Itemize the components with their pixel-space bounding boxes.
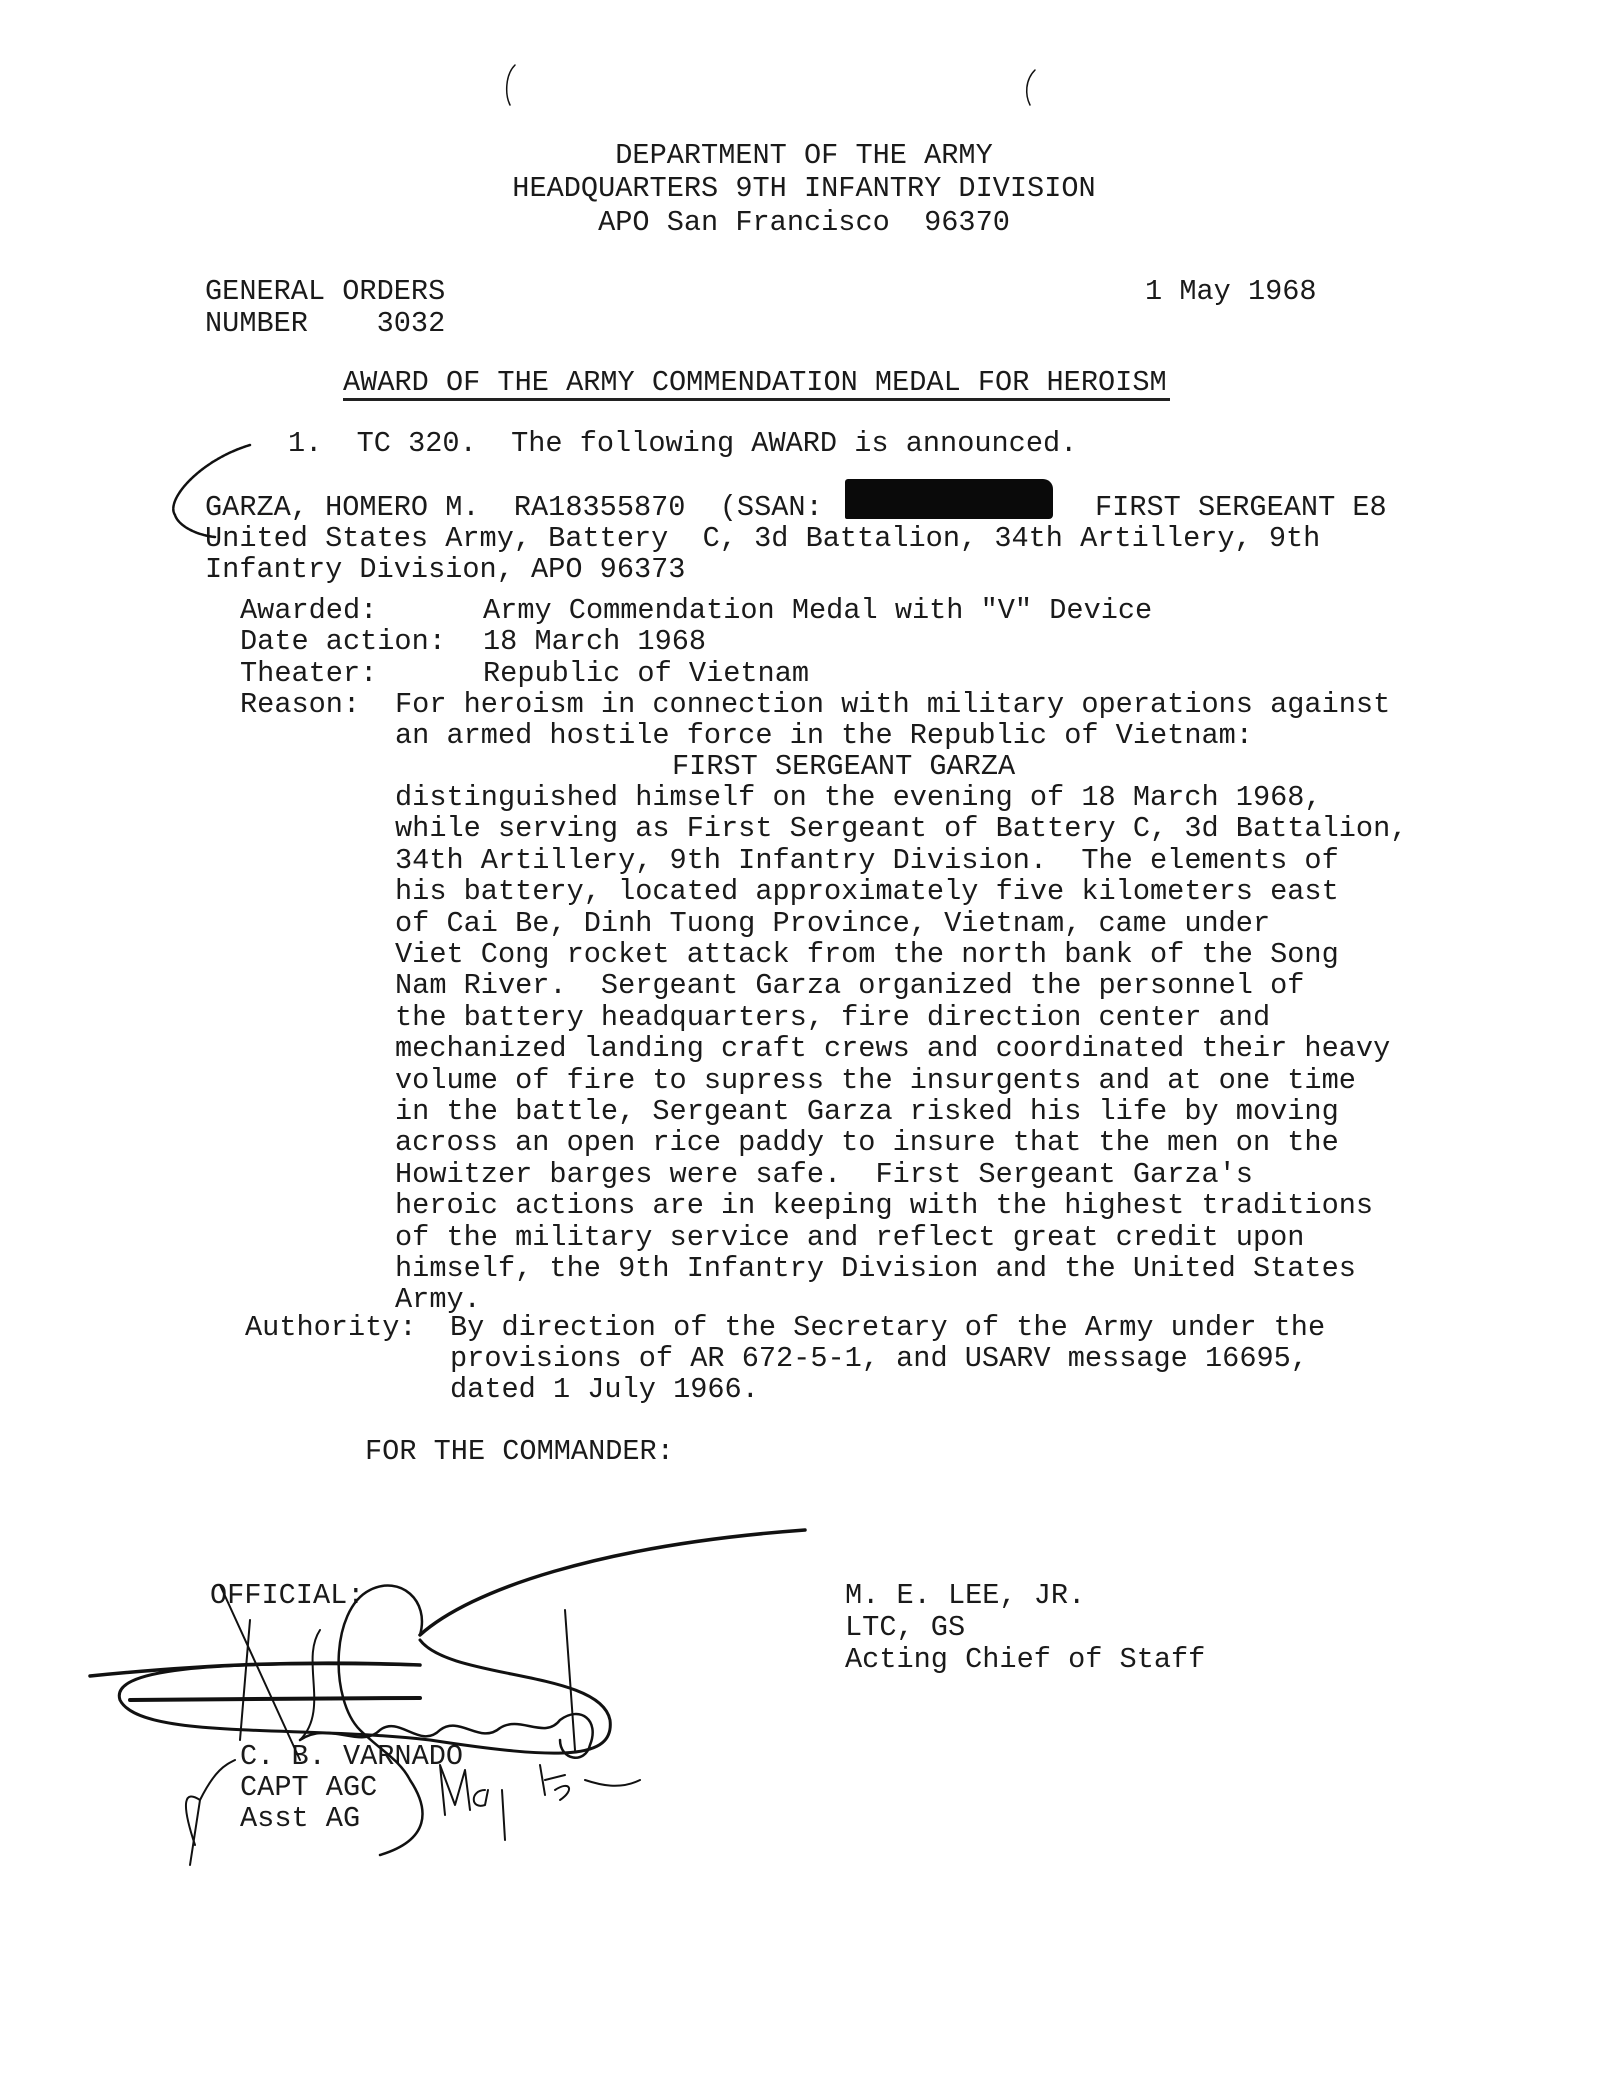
date-action-label: Date action: [240,626,446,657]
letterhead-apo: APO San Francisco 96370 [0,207,1608,238]
reason-body-line: himself, the 9th Infantry Division and t… [395,1253,1356,1284]
awarded-label: Awarded: [240,595,377,626]
letterhead-headquarters: HEADQUARTERS 9TH INFANTRY DIVISION [0,173,1608,204]
general-orders-label: GENERAL ORDERS [205,276,445,307]
recipient-division-line: Infantry Division, APO 96373 [205,554,685,585]
announcement: 1. TC 320. The following AWARD is announ… [288,428,1077,459]
recipient-rank: FIRST SERGEANT E8 [1095,492,1387,523]
order-number: NUMBER 3032 [205,308,445,339]
theater-value: Republic of Vietnam [483,658,809,689]
reason-body-line: volume of fire to supress the insurgents… [395,1065,1356,1096]
reason-body-line: Nam River. Sergeant Garza organized the … [395,970,1304,1001]
reason-body-line: of the military service and reflect grea… [395,1222,1304,1253]
reason-body-line: in the battle, Sergeant Garza risked his… [395,1096,1339,1127]
title-underline [343,398,1170,401]
recipient-unit-line: United States Army, Battery C, 3d Battal… [205,523,1320,554]
official-rank: CAPT AGC [240,1772,377,1803]
order-date: 1 May 1968 [1145,276,1317,307]
reason-intro-line: For heroism in connection with military … [395,689,1390,720]
reason-body-line: 34th Artillery, 9th Infantry Division. T… [395,845,1339,876]
awarded-value: Army Commendation Medal with "V" Device [483,595,1152,626]
official-label: OFFICIAL: [210,1580,364,1611]
document-title: AWARD OF THE ARMY COMMENDATION MEDAL FOR… [343,367,1167,398]
date-action-value: 18 March 1968 [483,626,706,657]
theater-label: Theater: [240,658,377,689]
reason-body-line: Howitzer barges were safe. First Sergean… [395,1159,1253,1190]
redaction-block [845,479,1053,519]
signatory-name: M. E. LEE, JR. [845,1580,1085,1611]
reason-body-line: the battery headquarters, fire direction… [395,1002,1270,1033]
signatory-title: Acting Chief of Staff [845,1644,1205,1675]
reason-body-line: mechanized landing craft crews and coord… [395,1033,1390,1064]
recipient-name-line: GARZA, HOMERO M. RA18355870 (SSAN: [205,492,823,523]
reason-body-line: while serving as First Sergeant of Batte… [395,813,1407,844]
reason-name: FIRST SERGEANT GARZA [672,751,1015,782]
reason-body-line: Viet Cong rocket attack from the north b… [395,939,1339,970]
official-name: C. B. VARNADO [240,1741,463,1772]
reason-intro-line: an armed hostile force in the Republic o… [395,720,1253,751]
letterhead-department: DEPARTMENT OF THE ARMY [0,140,1608,171]
reason-body-line: across an open rice paddy to insure that… [395,1127,1339,1158]
official-title: Asst AG [240,1803,360,1834]
reason-body-line: his battery, located approximately five … [395,876,1339,907]
authority-line: dated 1 July 1966. [450,1374,759,1405]
signatory-rank: LTC, GS [845,1612,965,1643]
reason-body-line: heroic actions are in keeping with the h… [395,1190,1373,1221]
reason-body-line: of Cai Be, Dinh Tuong Province, Vietnam,… [395,908,1270,939]
authority-label: Authority: [245,1312,417,1343]
reason-body-line: distinguished himself on the evening of … [395,782,1322,813]
closing-line: FOR THE COMMANDER: [365,1436,674,1467]
reason-label: Reason: [240,689,360,720]
authority-line: By direction of the Secretary of the Arm… [450,1312,1325,1343]
authority-line: provisions of AR 672-5-1, and USARV mess… [450,1343,1308,1374]
